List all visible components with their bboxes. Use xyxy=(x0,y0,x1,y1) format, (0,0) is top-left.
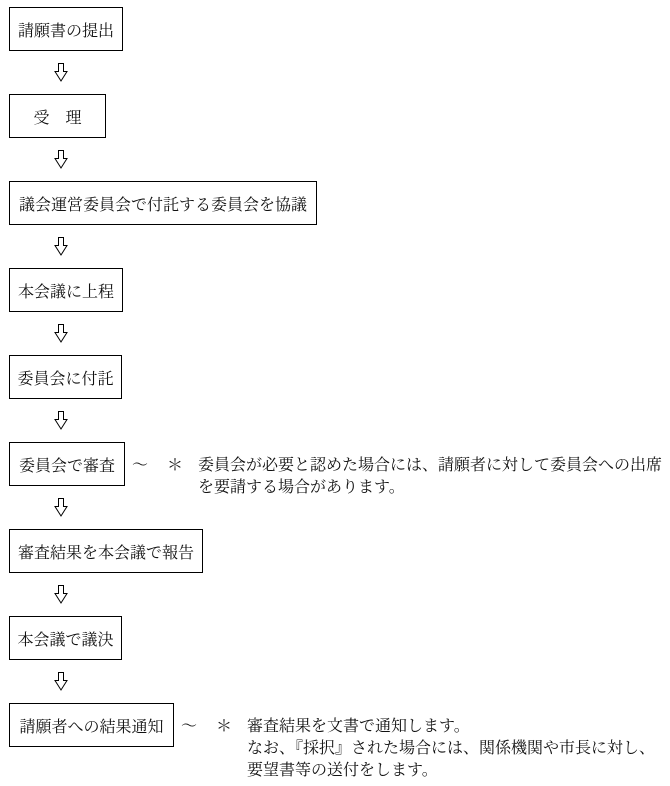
flow-step-report-to-plenary: 審査結果を本会議で報告 xyxy=(9,529,203,573)
flow-connector-row xyxy=(9,573,670,616)
note-line: 審査結果を文書で通知します。 xyxy=(247,715,655,737)
flow-row: 委員会で審査 ～ ＊ 委員会が必要と認めた場合には、請願者に対して委員会への出席… xyxy=(9,442,670,486)
flow-row: 審査結果を本会議で報告 xyxy=(9,529,670,573)
note-line: なお、『採択』された場合には、関係機関や市長に対し、 xyxy=(247,737,655,759)
flow-step-committee-review: 委員会で審査 xyxy=(9,442,125,486)
flow-step-plenary-introduction: 本会議に上程 xyxy=(9,268,123,312)
flow-row: 請願者への結果通知 ～ ＊ 審査結果を文書で通知します。 なお、『採択』された場… xyxy=(9,703,670,747)
flow-step-plenary-vote: 本会議で議決 xyxy=(9,616,122,660)
petition-flowchart: 請願書の提出 受 理 議会運営委員会で付託する委員会を協議 本会議に上程 委員会… xyxy=(0,0,670,747)
note-text: 委員会が必要と認めた場合には、請願者に対して委員会への出席 を要請する場合があり… xyxy=(198,454,662,498)
flow-step-acceptance: 受 理 xyxy=(9,94,106,138)
down-arrow-icon xyxy=(54,63,68,82)
flow-row: 受 理 xyxy=(9,94,670,138)
down-arrow-icon xyxy=(54,585,68,604)
flow-row: 本会議に上程 xyxy=(9,268,670,312)
down-arrow-icon xyxy=(54,498,68,517)
note-line: 委員会が必要と認めた場合には、請願者に対して委員会への出席 xyxy=(198,454,662,476)
flow-connector-row xyxy=(9,399,670,442)
note-line: 要望書等の送付をします。 xyxy=(247,759,655,781)
down-arrow-icon xyxy=(54,411,68,430)
flow-step-committee-referral: 委員会に付託 xyxy=(9,355,122,399)
down-arrow-icon xyxy=(54,324,68,343)
note-committee-attendance: ～ ＊ 委員会が必要と認めた場合には、請願者に対して委員会への出席 を要請する場… xyxy=(132,442,662,498)
note-result-notification: ～ ＊ 審査結果を文書で通知します。 なお、『採択』された場合には、関係機関や市… xyxy=(181,703,655,781)
down-arrow-icon xyxy=(54,150,68,169)
flow-step-result-notification: 請願者への結果通知 xyxy=(9,703,174,747)
flow-connector-row xyxy=(9,312,670,355)
note-connector-tilde: ～ xyxy=(181,715,197,737)
note-text: 審査結果を文書で通知します。 なお、『採択』された場合には、関係機関や市長に対し… xyxy=(247,715,655,781)
down-arrow-icon xyxy=(54,672,68,691)
flow-step-steering-committee-consultation: 議会運営委員会で付託する委員会を協議 xyxy=(9,181,317,225)
flow-row: 請願書の提出 xyxy=(9,7,670,51)
flow-connector-row xyxy=(9,225,670,268)
note-line: を要請する場合があります。 xyxy=(198,476,662,498)
flow-row: 委員会に付託 xyxy=(9,355,670,399)
note-asterisk-marker: ＊ xyxy=(216,715,232,737)
flow-row: 本会議で議決 xyxy=(9,616,670,660)
flow-connector-row xyxy=(9,660,670,703)
flow-row: 議会運営委員会で付託する委員会を協議 xyxy=(9,181,670,225)
flow-step-petition-submission: 請願書の提出 xyxy=(9,7,123,51)
note-connector-tilde: ～ xyxy=(132,454,148,476)
flow-connector-row xyxy=(9,138,670,181)
down-arrow-icon xyxy=(54,237,68,256)
flow-connector-row xyxy=(9,51,670,94)
note-asterisk-marker: ＊ xyxy=(167,454,183,476)
